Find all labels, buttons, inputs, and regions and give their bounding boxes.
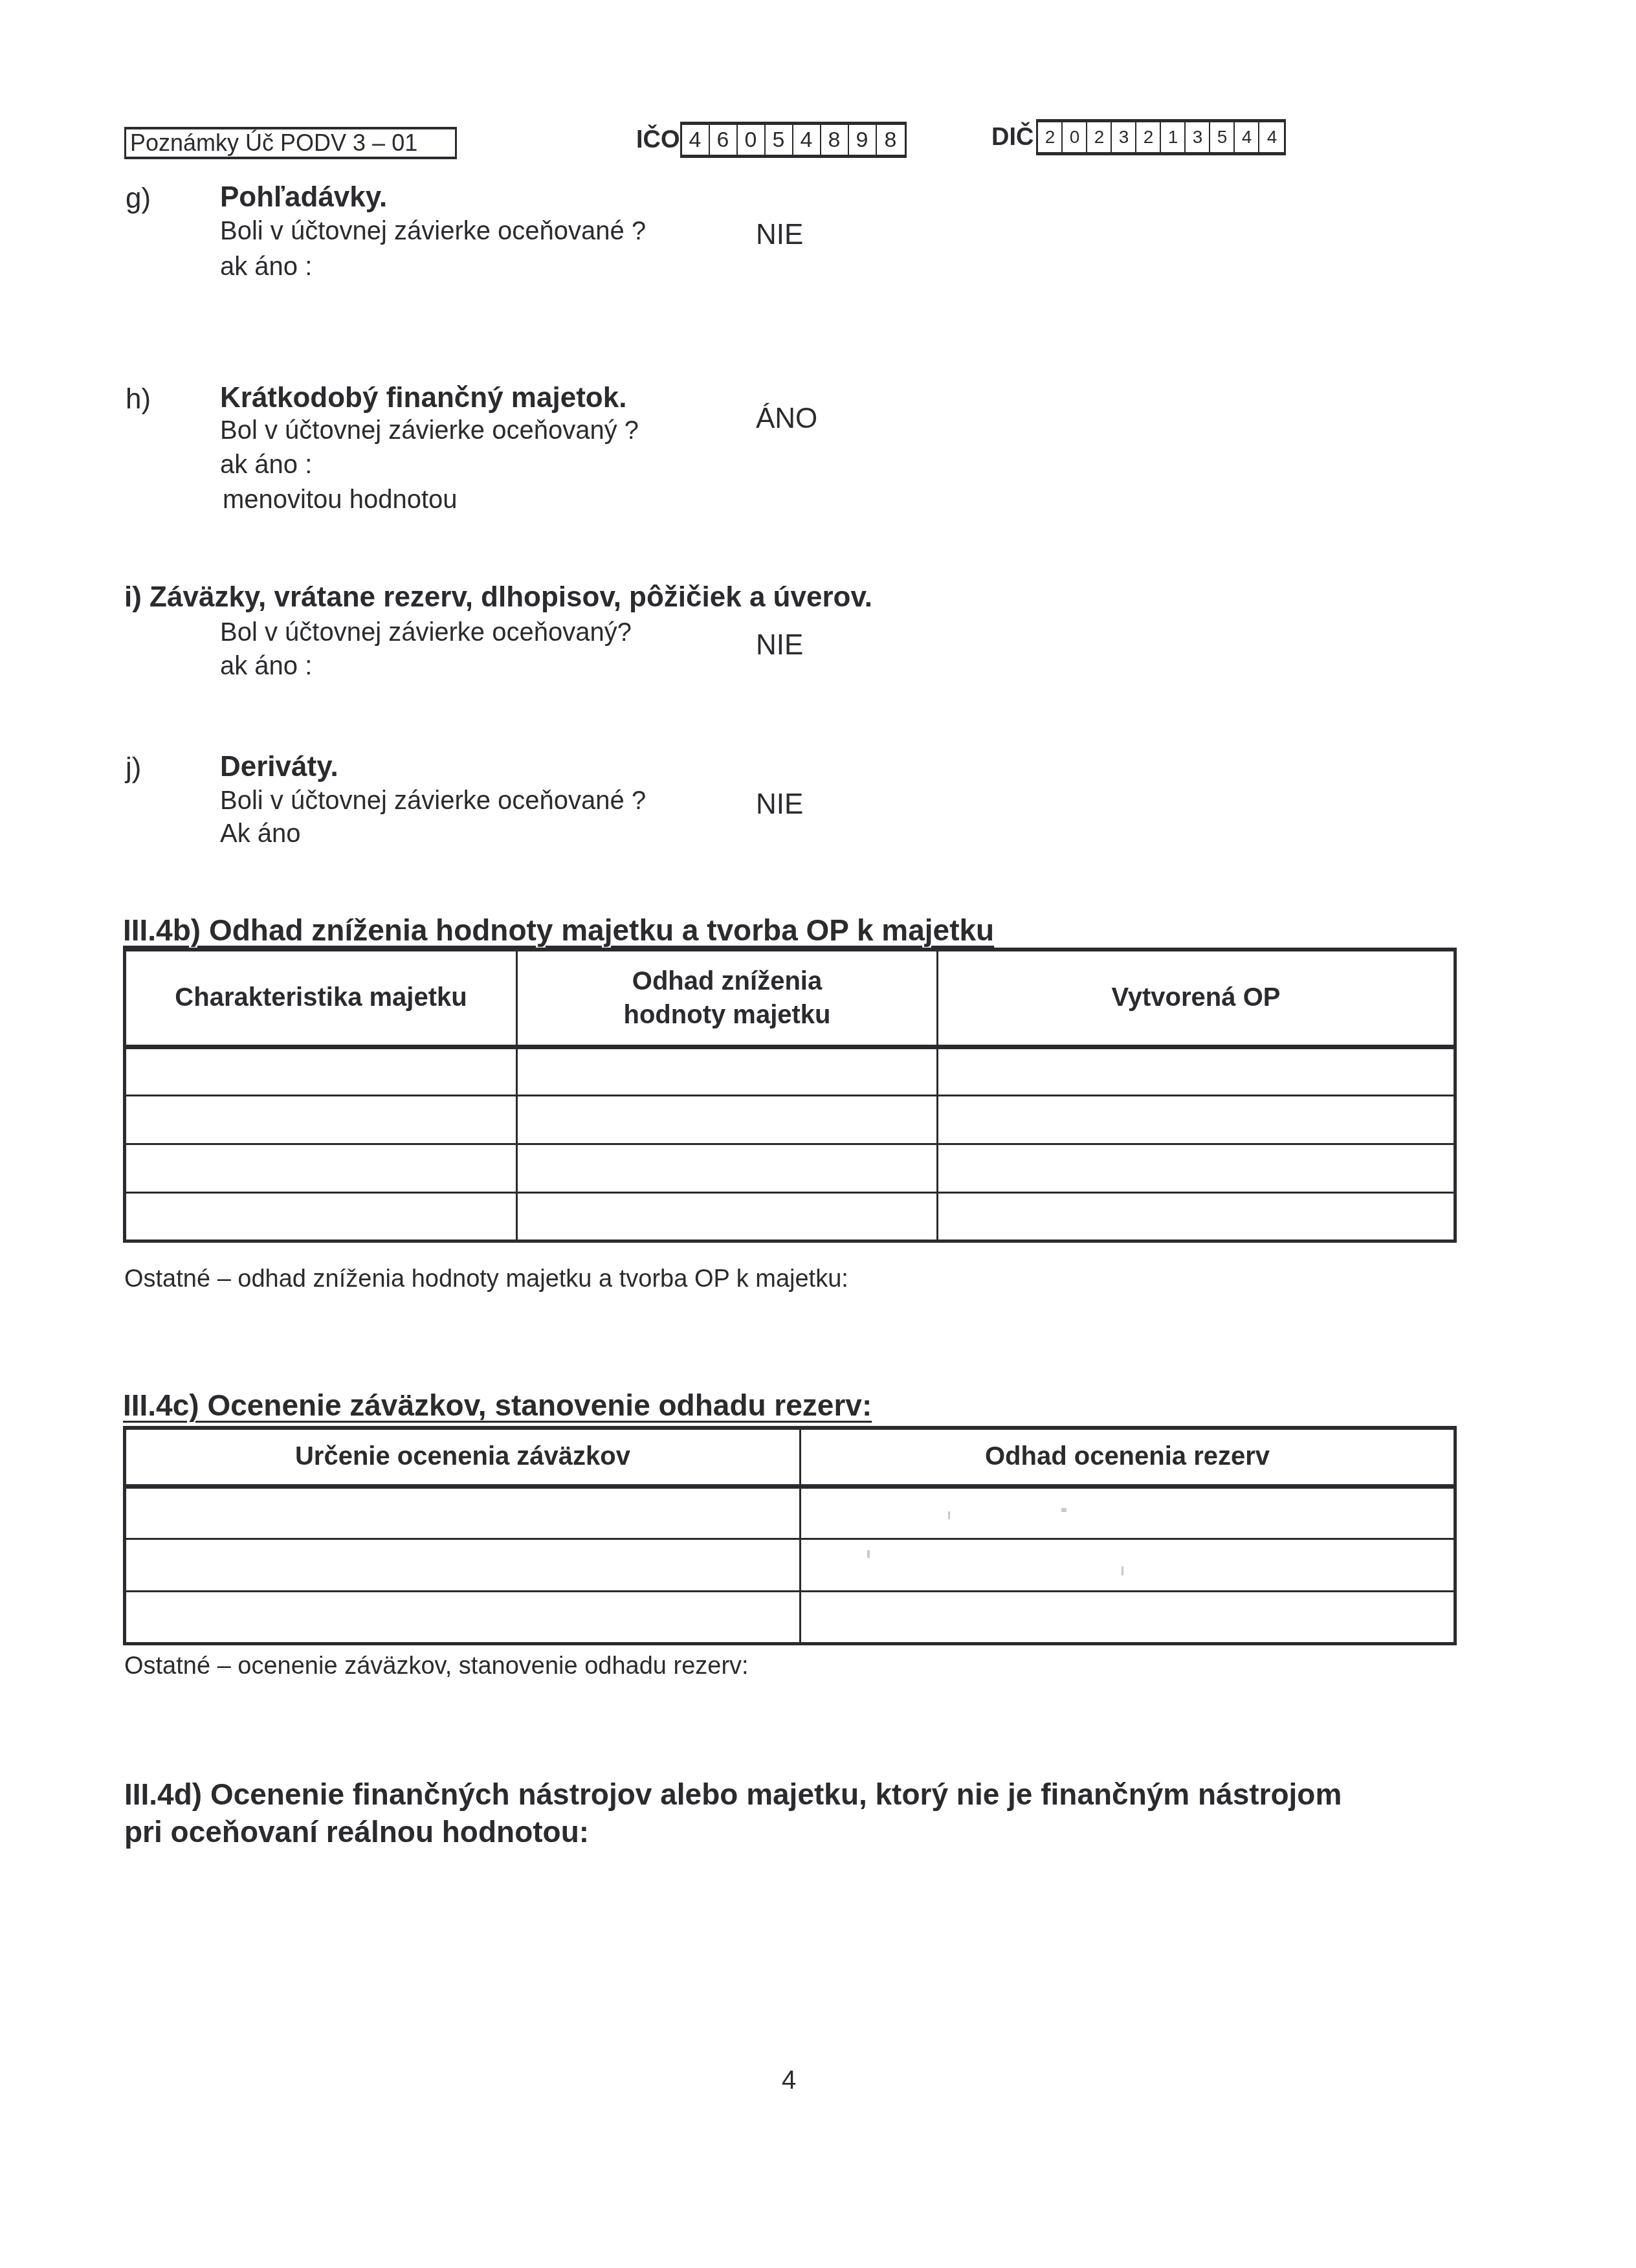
section-g-if-yes: ak áno :: [220, 252, 312, 282]
ico-field: IČO 46054898: [636, 122, 907, 158]
dic-digit: 0: [1063, 122, 1087, 152]
section-g-letter: g): [126, 183, 151, 215]
table-cell: [125, 1095, 517, 1144]
table-cell: [938, 1047, 1455, 1095]
dic-digit: 3: [1186, 122, 1210, 152]
scan-speck: [1061, 1508, 1067, 1512]
ico-digit: 8: [821, 125, 849, 155]
section-h-answer: ÁNO: [756, 403, 817, 435]
table-cell: [801, 1591, 1455, 1643]
col-header-asset-characteristic: Charakteristika majetku: [125, 950, 517, 1047]
page-number: 4: [782, 2066, 796, 2095]
dic-digit-boxes: 2023213544: [1036, 119, 1286, 155]
section-j-answer: NIE: [756, 788, 803, 821]
col-header-impairment-estimate-label: Odhad zníženiahodnoty majetku: [518, 964, 936, 1032]
ico-digit-boxes: 46054898: [680, 122, 907, 158]
section-j-title: Deriváty.: [220, 751, 338, 783]
ico-digit: 4: [793, 125, 821, 155]
dic-digit: 2: [1038, 122, 1063, 152]
dic-field: DIČ 2023213544: [991, 119, 1286, 155]
ico-digit: 6: [710, 125, 738, 155]
col-header-liability-valuation: Určenie ocenenia záväzkov: [125, 1428, 801, 1486]
section-h-title: Krátkodobý finančný majetok.: [220, 382, 626, 414]
table-header-row: Určenie ocenenia záväzkov Odhad ocenenia…: [125, 1428, 1455, 1486]
col-header-provision-estimate: Odhad ocenenia rezerv: [801, 1428, 1455, 1486]
dic-digit: 1: [1161, 122, 1186, 152]
dic-digit: 4: [1259, 122, 1284, 152]
section-h-letter: h): [126, 383, 151, 416]
section-i-answer: NIE: [756, 629, 803, 661]
scan-speck: [1122, 1566, 1123, 1575]
section-4b-title: III.4b) Odhad zníženia hodnoty majetku a…: [123, 913, 994, 948]
table-cell: [125, 1047, 517, 1095]
scan-speck: [867, 1550, 870, 1558]
section-j-letter: j): [126, 752, 141, 784]
table-row: [125, 1095, 1455, 1144]
liabilities-table: Určenie ocenenia záväzkov Odhad ocenenia…: [123, 1426, 1457, 1645]
dic-label: DIČ: [991, 121, 1034, 153]
col-header-created-provision: Vytvorená OP: [938, 950, 1455, 1047]
ico-digit: 8: [877, 125, 905, 155]
section-h-if-yes: ak áno :: [220, 450, 312, 480]
ico-digit: 5: [766, 125, 793, 155]
table-cell: [125, 1486, 801, 1539]
table-cell: [125, 1144, 517, 1192]
section-4b-note: Ostatné – odhad zníženia hodnoty majetku…: [124, 1265, 848, 1293]
ico-digit: 0: [738, 125, 766, 155]
section-4d-title-line2: pri oceňovaní reálnou hodnotou:: [124, 1814, 589, 1849]
dic-digit: 4: [1235, 122, 1259, 152]
table-cell: [125, 1539, 801, 1591]
table-cell: [517, 1192, 938, 1241]
table-cell: [517, 1095, 938, 1144]
section-4c-note: Ostatné – ocenenie záväzkov, stanovenie …: [124, 1652, 749, 1680]
table-header-row: Charakteristika majetku Odhad zníženiaho…: [125, 950, 1455, 1047]
section-g-answer: NIE: [756, 219, 803, 251]
table-cell: [938, 1095, 1455, 1144]
table-cell: [517, 1047, 938, 1095]
table-cell: [938, 1192, 1455, 1241]
section-i-question: Bol v účtovnej závierke oceňovaný?: [220, 618, 632, 647]
table-row: [125, 1047, 1455, 1095]
section-4d-title-line1: III.4d) Ocenenie finančných nástrojov al…: [124, 1777, 1342, 1812]
section-4c-title: III.4c) Ocenenie záväzkov, stanovenie od…: [123, 1388, 872, 1423]
section-j-question: Boli v účtovnej závierke oceňované ?: [220, 786, 646, 816]
impairment-table: Charakteristika majetku Odhad zníženiaho…: [123, 948, 1457, 1243]
ico-digit: 9: [849, 125, 877, 155]
table-row: [125, 1486, 1455, 1539]
section-i-if-yes: ak áno :: [220, 652, 312, 681]
section-h-detail: menovitou hodnotou: [223, 485, 458, 515]
table-row: [125, 1144, 1455, 1192]
ico-digit: 4: [682, 125, 710, 155]
form-code-box: Poznámky Úč PODV 3 – 01: [124, 127, 457, 159]
table-row: [125, 1192, 1455, 1241]
form-code: Poznámky Úč PODV 3 – 01: [130, 129, 417, 156]
table-cell: [517, 1144, 938, 1192]
dic-digit: 2: [1087, 122, 1112, 152]
section-i-title: i) Záväzky, vrátane rezerv, dlhopisov, p…: [124, 581, 872, 614]
col-header-impairment-estimate: Odhad zníženiahodnoty majetku: [517, 950, 938, 1047]
scan-speck: [948, 1511, 950, 1519]
table-cell: [801, 1486, 1455, 1539]
dic-digit: 3: [1112, 122, 1136, 152]
dic-digit: 2: [1136, 122, 1161, 152]
section-h-question: Bol v účtovnej závierke oceňovaný ?: [220, 416, 639, 445]
section-j-if-yes: Ak áno: [220, 819, 301, 849]
table-cell: [938, 1144, 1455, 1192]
section-g-question: Boli v účtovnej závierke oceňované ?: [220, 217, 646, 246]
dic-digit: 5: [1210, 122, 1235, 152]
table-cell: [801, 1539, 1455, 1591]
table-cell: [125, 1192, 517, 1241]
table-row: [125, 1539, 1455, 1591]
ico-label: IČO: [636, 124, 680, 156]
table-row: [125, 1591, 1455, 1643]
section-g-title: Pohľadávky.: [220, 181, 387, 214]
table-cell: [125, 1591, 801, 1643]
